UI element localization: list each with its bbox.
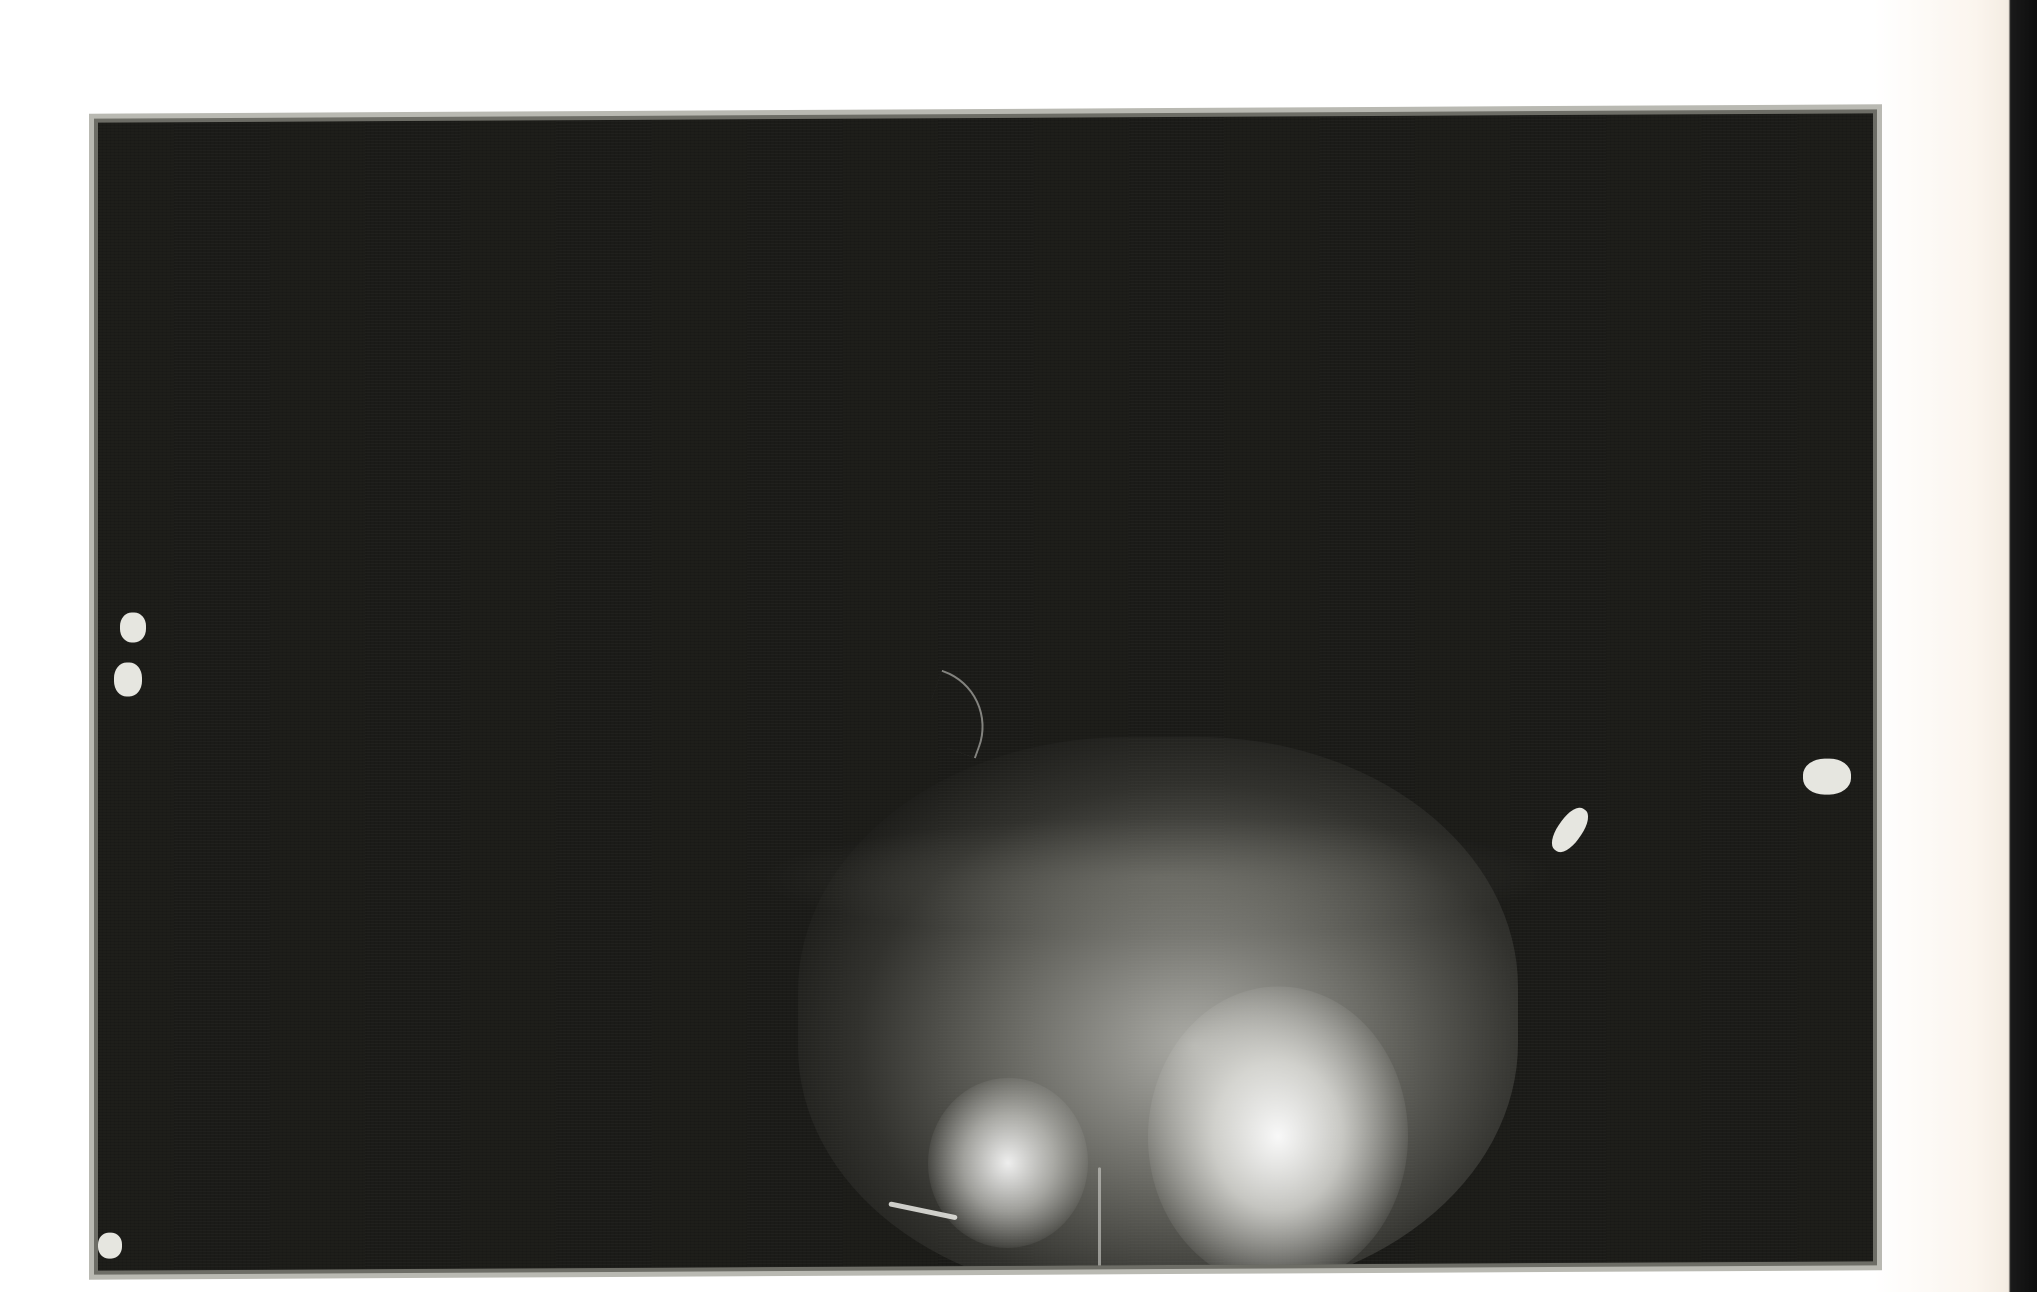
- bright-light-right: [1148, 986, 1408, 1271]
- light-streak: [1098, 1167, 1101, 1267]
- faint-arc-mark: [918, 670, 1001, 759]
- photograph: [98, 113, 1873, 1270]
- bright-light-left: [928, 1077, 1088, 1248]
- print-defect-spot: [98, 1233, 122, 1259]
- print-defect-spot: [114, 662, 142, 696]
- book-page: [0, 0, 2037, 1292]
- print-defect-spot: [120, 612, 146, 642]
- print-defect-spot: [1803, 758, 1851, 794]
